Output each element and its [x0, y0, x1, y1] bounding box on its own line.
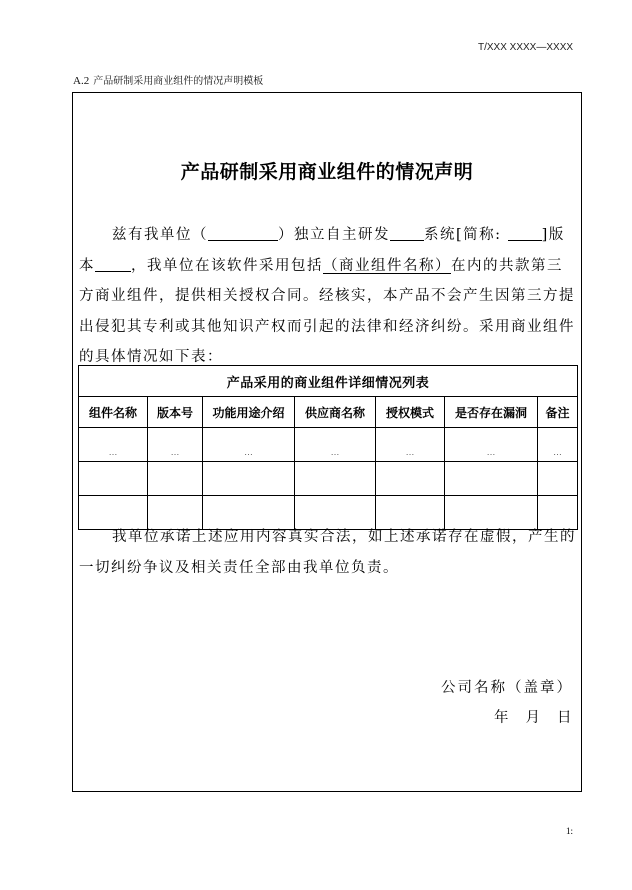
col-vulnerability: 是否存在漏洞: [445, 397, 538, 428]
section-heading: A.2产品研制采用商业组件的情况声明模板: [73, 72, 263, 87]
col-vendor: 供应商名称: [295, 397, 376, 428]
para1-s1: 兹有我单位（: [112, 227, 208, 243]
col-remarks: 备注: [538, 397, 578, 428]
company-seal-label: 公司名称（盖章）: [441, 676, 573, 697]
para1-s4: ]: [542, 227, 549, 243]
table-row: … … … … … … …: [79, 428, 578, 462]
table-cell[interactable]: …: [538, 428, 578, 462]
table-cell[interactable]: [295, 462, 376, 496]
table-cell[interactable]: [445, 462, 538, 496]
col-component-name: 组件名称: [79, 397, 148, 428]
day-label: 日: [557, 710, 574, 726]
version-blank[interactable]: [95, 255, 131, 272]
table-cell[interactable]: …: [445, 428, 538, 462]
unit-name-blank[interactable]: [208, 224, 278, 241]
month-label: 月: [526, 710, 543, 726]
table-cell[interactable]: …: [203, 428, 295, 462]
table-cell[interactable]: [376, 462, 445, 496]
declaration-paragraph: 兹有我单位（）独立自主研发系统[简称: ]版本，我单位在该软件采用包括（商业组件…: [79, 220, 577, 373]
table-header-row: 组件名称 版本号 功能用途介绍 供应商名称 授权模式 是否存在漏洞 备注: [79, 397, 578, 428]
col-function: 功能用途介绍: [203, 397, 295, 428]
standard-code: T/XXX XXXX—XXXX: [478, 42, 573, 53]
col-version: 版本号: [148, 397, 203, 428]
table-cell[interactable]: …: [295, 428, 376, 462]
table-cell[interactable]: [79, 462, 148, 496]
year-label: 年: [494, 710, 511, 726]
system-name-blank[interactable]: [390, 224, 424, 241]
commitment-text: 我单位承诺上述应用内容真实合法，如上述承诺存在虚假，产生的一切纠纷争议及相关责任…: [79, 529, 576, 576]
table-caption: 产品采用的商业组件详细情况列表: [79, 366, 578, 397]
table-cell[interactable]: …: [376, 428, 445, 462]
short-name-blank[interactable]: [508, 224, 542, 241]
table-row: [79, 462, 578, 496]
para1-s3: 系统[简称:: [424, 227, 508, 243]
page-number: 1:: [566, 826, 573, 836]
table-cell[interactable]: …: [79, 428, 148, 462]
component-table: 产品采用的商业组件详细情况列表 组件名称 版本号 功能用途介绍 供应商名称 授权…: [78, 365, 578, 530]
section-number: A.2: [73, 75, 89, 87]
para1-s6: ，我单位在该软件采用包括: [131, 258, 323, 274]
table-cell[interactable]: [203, 462, 295, 496]
table-cell[interactable]: [538, 462, 578, 496]
section-title: 产品研制采用商业组件的情况声明模板: [93, 76, 263, 87]
para1-s2: ）独立自主研发: [278, 227, 390, 243]
table-cell[interactable]: [148, 462, 203, 496]
component-name-placeholder[interactable]: （商业组件名称）: [323, 258, 451, 274]
signature-date: 年月日: [494, 706, 574, 727]
document-title: 产品研制采用商业组件的情况声明: [72, 157, 582, 184]
commitment-paragraph: 我单位承诺上述应用内容真实合法，如上述承诺存在虚假，产生的一切纠纷争议及相关责任…: [79, 522, 577, 583]
table-cell[interactable]: …: [148, 428, 203, 462]
col-license: 授权模式: [376, 397, 445, 428]
